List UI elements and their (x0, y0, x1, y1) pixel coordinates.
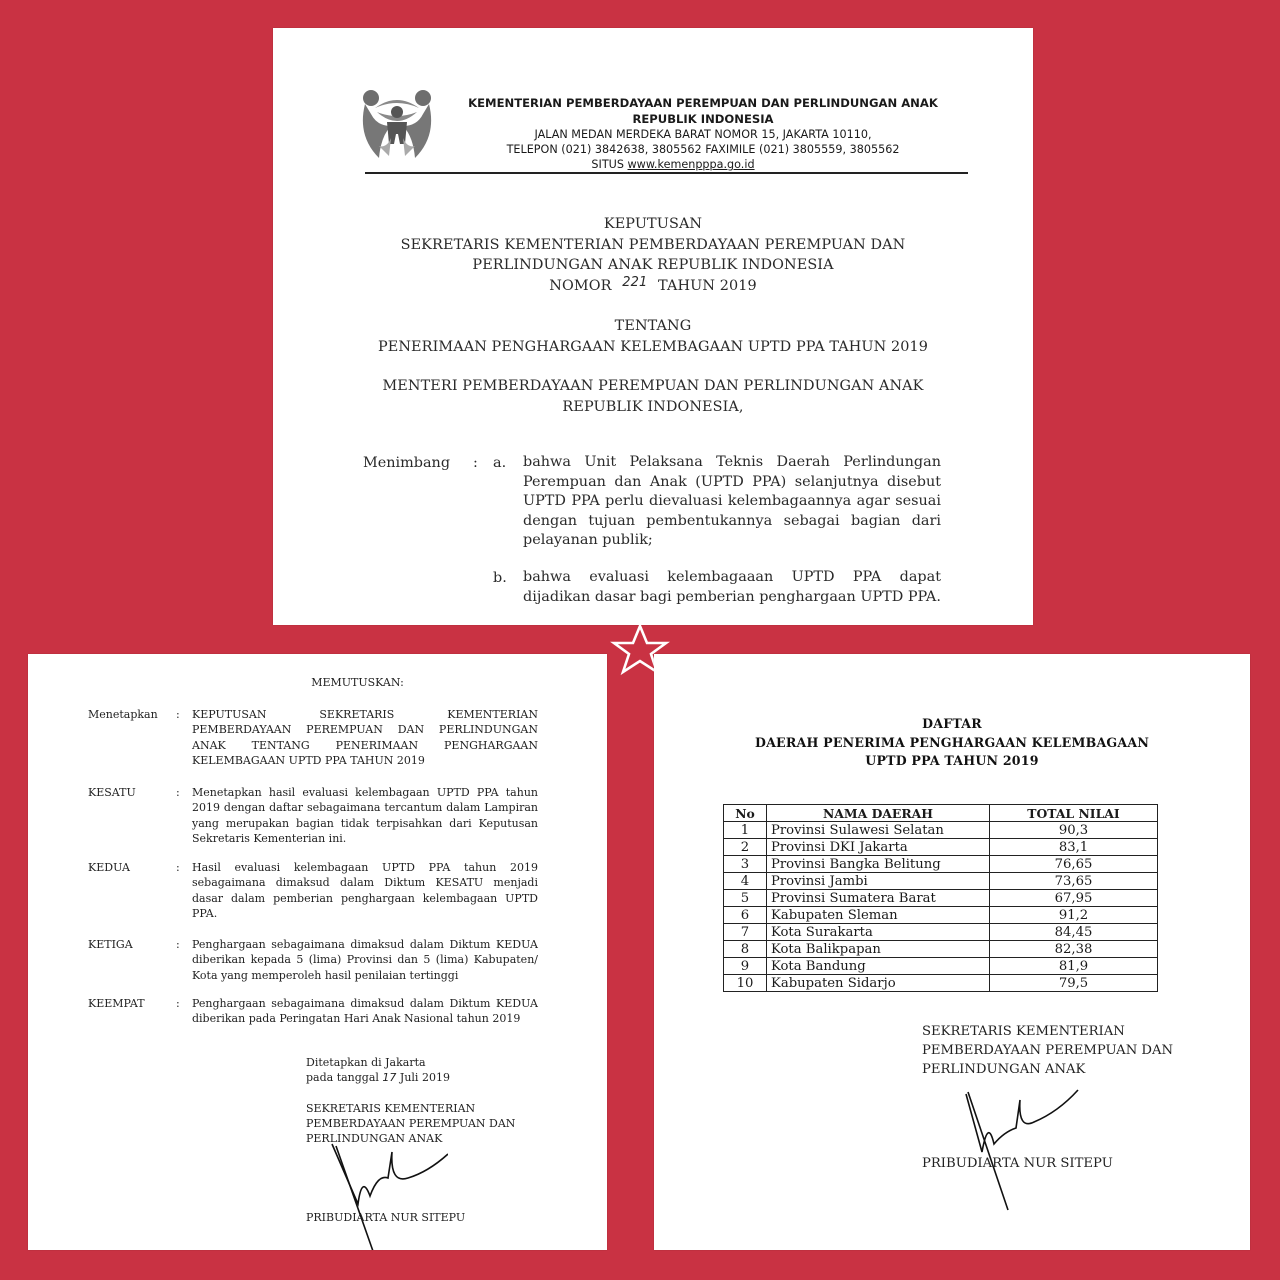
memutuskan-heading: MEMUTUSKAN: (28, 676, 607, 689)
org-country: REPUBLIK INDONESIA (453, 111, 953, 127)
attachment-signatory-title-line1: SEKRETARIS KEMENTERIAN (922, 1022, 1125, 1041)
total-score: 91,2 (990, 907, 1158, 924)
tentang-label: TENTANG (273, 316, 1033, 337)
total-score: 84,45 (990, 924, 1158, 941)
region-name: Kota Balikpapan (767, 941, 990, 958)
award-recipients-table: No NAMA DAERAH TOTAL NILAI 1Provinsi Sul… (723, 804, 1158, 992)
total-score: 90,3 (990, 822, 1158, 839)
decree-title: KEPUTUSAN SEKRETARIS KEMENTERIAN PEMBERD… (273, 214, 1033, 297)
dictum-colon: : (176, 997, 180, 1010)
attachment-signatory-title-line2: PEMBERDAYAAN PEREMPUAN DAN (922, 1041, 1173, 1060)
handwritten-number: 221 (622, 273, 647, 294)
table-row: 3Provinsi Bangka Belitung76,65 (724, 856, 1158, 873)
row-number: 4 (724, 873, 767, 890)
org-website: SITUS www.kemenpppa.go.id (423, 157, 923, 173)
decree-page-2: MEMUTUSKAN: Menetapkan : KEPUTUSAN SEKRE… (28, 654, 607, 1250)
table-row: 1Provinsi Sulawesi Selatan90,3 (724, 822, 1158, 839)
signatory-title-line2: PEMBERDAYAAN PEREMPUAN DAN (306, 1116, 515, 1131)
dictum-text-keempat: Penghargaan sebagaimana dimaksud dalam D… (192, 996, 538, 1027)
signature-icon (318, 1134, 448, 1250)
dictum-text-menetapkan: KEPUTUSAN SEKRETARIS KEMENTERIAN PEMBERD… (192, 707, 538, 769)
signing-place: Ditetapkan di Jakarta (306, 1055, 426, 1070)
table-row: 5Provinsi Sumatera Barat67,95 (724, 890, 1158, 907)
total-score: 82,38 (990, 941, 1158, 958)
site-url-link[interactable]: www.kemenpppa.go.id (628, 158, 755, 171)
attachment-title: DAFTAR DAERAH PENERIMA PENGHARGAAN KELEM… (654, 715, 1250, 771)
decree-heading: KEPUTUSAN (273, 214, 1033, 235)
dictum-text-kedua: Hasil evaluasi kelembagaan UPTD PPA tahu… (192, 860, 538, 922)
column-header-no: No (724, 805, 767, 822)
row-number: 5 (724, 890, 767, 907)
row-number: 3 (724, 856, 767, 873)
menimbang-label: Menimbang (363, 455, 450, 471)
region-name: Provinsi Jambi (767, 873, 990, 890)
decree-issuer-line1: SEKRETARIS KEMENTERIAN PEMBERDAYAAN PERE… (273, 235, 1033, 256)
signature-icon (962, 1082, 1082, 1212)
site-label: SITUS (591, 158, 624, 171)
row-number: 1 (724, 822, 767, 839)
row-number: 8 (724, 941, 767, 958)
menimbang-item-b: bahwa evaluasi kelembagaaan UPTD PPA dap… (523, 568, 941, 607)
menteri-line2: REPUBLIK INDONESIA, (273, 397, 1033, 418)
table-row: 7Kota Surakarta84,45 (724, 924, 1158, 941)
org-address: JALAN MEDAN MERDEKA BARAT NOMOR 15, JAKA… (453, 127, 953, 143)
decree-subject: PENERIMAAN PENGHARGAAN KELEMBAGAAN UPTD … (273, 337, 1033, 358)
region-name: Kota Bandung (767, 958, 990, 975)
table-row: 10Kabupaten Sidarjo79,5 (724, 975, 1158, 992)
table-row: 2Provinsi DKI Jakarta83,1 (724, 839, 1158, 856)
menimbang-item-a-letter: a. (493, 455, 506, 471)
row-number: 6 (724, 907, 767, 924)
kemenpppa-logo-icon (357, 86, 437, 166)
region-name: Kabupaten Sleman (767, 907, 990, 924)
table-row: 6Kabupaten Sleman91,2 (724, 907, 1158, 924)
decree-issuer-line2: PERLINDUNGAN ANAK REPUBLIK INDONESIA (273, 255, 1033, 276)
total-score: 73,65 (990, 873, 1158, 890)
menimbang-item-b-letter: b. (493, 570, 507, 586)
decree-attachment-page: DAFTAR DAERAH PENERIMA PENGHARGAAN KELEM… (654, 654, 1250, 1250)
dictum-colon: : (176, 786, 180, 799)
dictum-label-menetapkan: Menetapkan (88, 708, 158, 721)
attachment-signatory-name: PRIBUDIARTA NUR SITEPU (922, 1154, 1113, 1173)
row-number: 7 (724, 924, 767, 941)
total-score: 79,5 (990, 975, 1158, 992)
total-score: 81,9 (990, 958, 1158, 975)
total-score: 83,1 (990, 839, 1158, 856)
menteri-line1: MENTERI PEMBERDAYAAN PEREMPUAN DAN PERLI… (273, 376, 1033, 397)
region-name: Kabupaten Sidarjo (767, 975, 990, 992)
decree-page-1: KEMENTERIAN PEMBERDAYAAN PEREMPUAN DAN P… (273, 28, 1033, 625)
letterhead-divider (365, 172, 968, 174)
row-number: 9 (724, 958, 767, 975)
region-name: Kota Surakarta (767, 924, 990, 941)
dictum-colon: : (176, 708, 180, 721)
table-row: 9Kota Bandung81,9 (724, 958, 1158, 975)
table-header-row: No NAMA DAERAH TOTAL NILAI (724, 805, 1158, 822)
handwritten-day: 17 (382, 1071, 396, 1084)
region-name: Provinsi Sulawesi Selatan (767, 822, 990, 839)
column-header-total-nilai: TOTAL NILAI (990, 805, 1158, 822)
menimbang-colon: : (473, 455, 478, 471)
tentang-block: TENTANG PENERIMAAN PENGHARGAAN KELEMBAGA… (273, 316, 1033, 357)
region-name: Provinsi DKI Jakarta (767, 839, 990, 856)
table-row: 8Kota Balikpapan82,38 (724, 941, 1158, 958)
region-name: Provinsi Bangka Belitung (767, 856, 990, 873)
dictum-label-kesatu: KESATU (88, 786, 136, 799)
dictum-colon: : (176, 861, 180, 874)
region-name: Provinsi Sumatera Barat (767, 890, 990, 907)
total-score: 67,95 (990, 890, 1158, 907)
org-name: KEMENTERIAN PEMBERDAYAAN PEREMPUAN DAN P… (453, 95, 953, 111)
attachment-title-line2: DAERAH PENERIMA PENGHARGAAN KELEMBAGAAN (654, 734, 1250, 753)
total-score: 76,65 (990, 856, 1158, 873)
org-phone: TELEPON (021) 3842638, 3805562 FAXIMILE … (453, 142, 953, 158)
signatory-title-line1: SEKRETARIS KEMENTERIAN (306, 1101, 475, 1116)
attachment-title-line3: UPTD PPA TAHUN 2019 (654, 752, 1250, 771)
decree-number: NOMOR 221 TAHUN 2019 (273, 276, 1033, 298)
dictum-label-kedua: KEDUA (88, 861, 130, 874)
row-number: 2 (724, 839, 767, 856)
attachment-title-line1: DAFTAR (654, 715, 1250, 734)
table-row: 4Provinsi Jambi73,65 (724, 873, 1158, 890)
dictum-label-ketiga: KETIGA (88, 938, 133, 951)
menteri-block: MENTERI PEMBERDAYAAN PEREMPUAN DAN PERLI… (273, 376, 1033, 417)
dictum-colon: : (176, 938, 180, 951)
column-header-nama-daerah: NAMA DAERAH (767, 805, 990, 822)
dictum-text-ketiga: Penghargaan sebagaimana dimaksud dalam D… (192, 937, 538, 983)
signatory-name: PRIBUDIARTA NUR SITEPU (306, 1210, 465, 1225)
attachment-signatory-title-line3: PERLINDUNGAN ANAK (922, 1060, 1085, 1079)
menimbang-item-a: bahwa Unit Pelaksana Teknis Daerah Perli… (523, 453, 941, 551)
row-number: 10 (724, 975, 767, 992)
dictum-text-kesatu: Menetapkan hasil evaluasi kelembagaan UP… (192, 785, 538, 847)
dictum-label-keempat: KEEMPAT (88, 997, 145, 1010)
signing-date: pada tanggal 17 Juli 2019 (306, 1070, 450, 1085)
